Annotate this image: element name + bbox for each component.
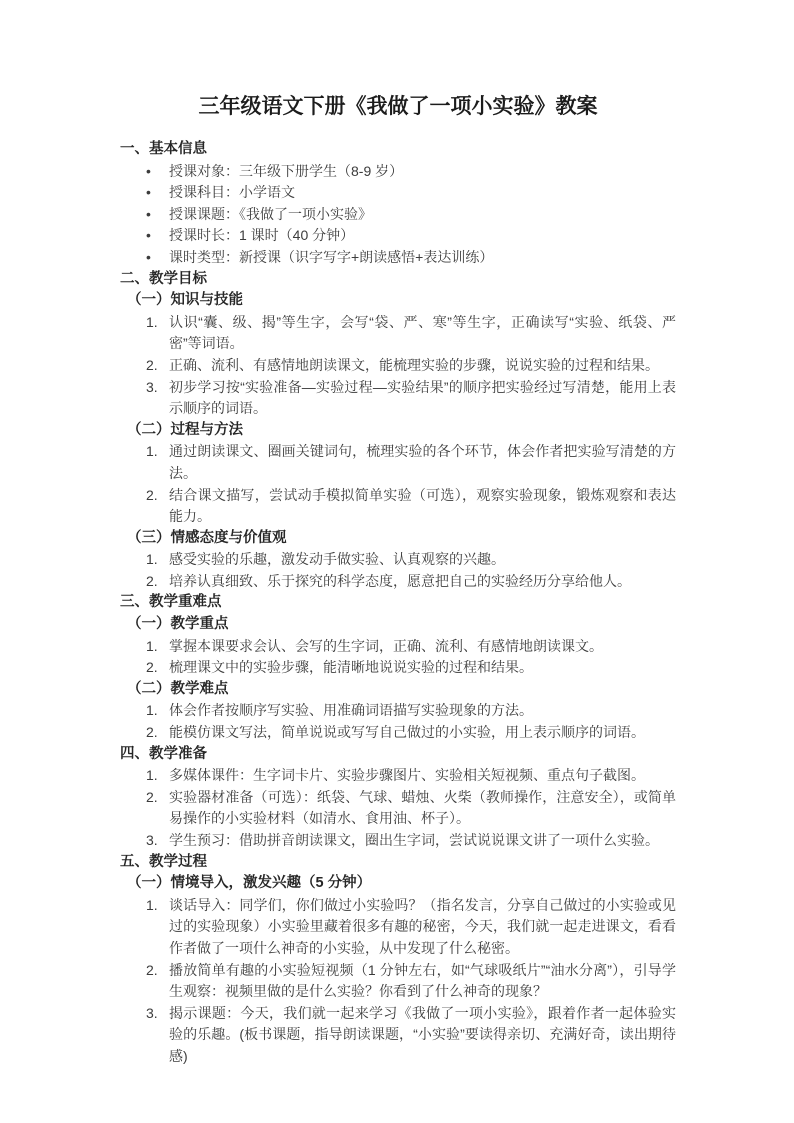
bullet-icon — [146, 161, 169, 183]
item-number-marker — [146, 355, 169, 377]
bullet-item-text: 授课课题：《我做了一项小实验》 — [169, 204, 676, 226]
numbered-item-text: 实验器材准备（可选）：纸袋、气球、蜡烛、火柴（教师操作，注意安全），或简单易操作… — [169, 787, 676, 830]
bullet-item-text: 授课科目：小学语文 — [169, 182, 676, 204]
numbered-item-text: 掌握本课要求会认、会写的生字词，正确、流利、有感情地朗读课文。 — [169, 636, 676, 658]
basic-info-list: 授课对象：三年级下册学生（8-9 岁） 授课科目：小学语文 授课课题：《我做了一… — [120, 161, 676, 269]
item-number-marker — [146, 377, 169, 399]
numbered-list: 谈话导入：同学们，你们做过小实验吗？（指名发言，分享自己做过的小实验或见过的实验… — [120, 895, 676, 1068]
numbered-item-text: 体会作者按顺序写实验、用准确词语描写实验现象的方法。 — [169, 700, 676, 722]
item-number-marker — [146, 1003, 169, 1025]
section-heading-basic-info: 一、基本信息 — [120, 139, 676, 161]
item-number-marker — [146, 485, 169, 507]
list-item: 实验器材准备（可选）：纸袋、气球、蜡烛、火柴（教师操作，注意安全），或简单易操作… — [120, 787, 676, 830]
bullet-icon — [146, 225, 169, 247]
item-number-marker — [146, 765, 169, 787]
numbered-list: 掌握本课要求会认、会写的生字词，正确、流利、有感情地朗读课文。 梳理课文中的实验… — [120, 636, 676, 679]
list-item: 授课科目：小学语文 — [120, 182, 676, 204]
item-number-marker — [146, 895, 169, 917]
numbered-item-text: 谈话导入：同学们，你们做过小实验吗？（指名发言，分享自己做过的小实验或见过的实验… — [169, 895, 676, 960]
list-item: 揭示课题：今天，我们就一起来学习《我做了一项小实验》，跟着作者一起体验实验的乐趣… — [120, 1003, 676, 1068]
numbered-item-text: 播放简单有趣的小实验短视频（1 分钟左右，如“气球吸纸片”“油水分离”），引导学… — [169, 960, 676, 1003]
list-item: 初步学习按“实验准备—实验过程—实验结果”的顺序把实验经过写清楚，能用上表示顺序… — [120, 377, 676, 420]
list-item: 谈话导入：同学们，你们做过小实验吗？（指名发言，分享自己做过的小实验或见过的实验… — [120, 895, 676, 960]
section-heading-key-difficult-points: 三、教学重难点 — [120, 592, 676, 614]
section-heading-teaching-preparation: 四、教学准备 — [120, 744, 676, 766]
numbered-item-text: 结合课文描写，尝试动手模拟简单实验（可选），观察实验现象，锻炼观察和表达能力。 — [169, 485, 676, 528]
list-item: 授课课题：《我做了一项小实验》 — [120, 204, 676, 226]
item-number-marker — [146, 787, 169, 809]
subsection-heading-process-methods: （二）过程与方法 — [127, 420, 676, 442]
list-item: 授课时长：1 课时（40 分钟） — [120, 225, 676, 247]
page-title: 三年级语文下册《我做了一项小实验》教案 — [120, 90, 676, 123]
numbered-item-text: 多媒体课件：生字词卡片、实验步骤图片、实验相关短视频、重点句子截图。 — [169, 765, 676, 787]
item-number-marker — [146, 700, 169, 722]
section-heading-teaching-process: 五、教学过程 — [120, 852, 676, 874]
list-item: 感受实验的乐趣，激发动手做实验、认真观察的兴趣。 — [120, 549, 676, 571]
bullet-item-text: 授课对象：三年级下册学生（8-9 岁） — [169, 161, 676, 183]
numbered-item-text: 感受实验的乐趣，激发动手做实验、认真观察的兴趣。 — [169, 549, 676, 571]
list-item: 通过朗读课文、圈画关键词句，梳理实验的各个环节，体会作者把实验写清楚的方法。 — [120, 441, 676, 484]
item-number-marker — [146, 441, 169, 463]
list-item: 体会作者按顺序写实验、用准确词语描写实验现象的方法。 — [120, 700, 676, 722]
list-item: 播放简单有趣的小实验短视频（1 分钟左右，如“气球吸纸片”“油水分离”），引导学… — [120, 960, 676, 1003]
list-item: 学生预习：借助拼音朗读课文，圈出生字词，尝试说说课文讲了一项什么实验。 — [120, 830, 676, 852]
numbered-item-text: 能模仿课文写法，简单说说或写写自己做过的小实验，用上表示顺序的词语。 — [169, 722, 676, 744]
list-item: 授课对象：三年级下册学生（8-9 岁） — [120, 161, 676, 183]
numbered-list: 通过朗读课文、圈画关键词句，梳理实验的各个环节，体会作者把实验写清楚的方法。 结… — [120, 441, 676, 527]
numbered-list: 多媒体课件：生字词卡片、实验步骤图片、实验相关短视频、重点句子截图。 实验器材准… — [120, 765, 676, 851]
subsection-heading-situational-introduction: （一）情境导入，激发兴趣（5 分钟） — [127, 873, 676, 895]
bullet-item-text: 授课时长：1 课时（40 分钟） — [169, 225, 676, 247]
item-number-marker — [146, 312, 169, 334]
item-number-marker — [146, 657, 169, 679]
numbered-list: 体会作者按顺序写实验、用准确词语描写实验现象的方法。 能模仿课文写法，简单说说或… — [120, 700, 676, 743]
numbered-item-text: 正确、流利、有感情地朗读课文，能梳理实验的步骤，说说实验的过程和结果。 — [169, 355, 676, 377]
subsection-heading-difficult-points: （二）教学难点 — [127, 679, 676, 701]
list-item: 认识“囊、级、揭”等生字，会写“袋、严、寒”等生字，正确读写“实验、纸袋、严密”… — [120, 312, 676, 355]
item-number-marker — [146, 571, 169, 593]
numbered-list: 认识“囊、级、揭”等生字，会写“袋、严、寒”等生字，正确读写“实验、纸袋、严密”… — [120, 312, 676, 420]
list-item: 能模仿课文写法，简单说说或写写自己做过的小实验，用上表示顺序的词语。 — [120, 722, 676, 744]
list-item: 培养认真细致、乐于探究的科学态度，愿意把自己的实验经历分享给他人。 — [120, 571, 676, 593]
subsection-heading-key-points: （一）教学重点 — [127, 614, 676, 636]
section-heading-teaching-goals: 二、教学目标 — [120, 269, 676, 291]
list-item: 多媒体课件：生字词卡片、实验步骤图片、实验相关短视频、重点句子截图。 — [120, 765, 676, 787]
subsection-heading-values: （三）情感态度与价值观 — [127, 528, 676, 550]
numbered-item-text: 初步学习按“实验准备—实验过程—实验结果”的顺序把实验经过写清楚，能用上表示顺序… — [169, 377, 676, 420]
item-number-marker — [146, 549, 169, 571]
document-page: 三年级语文下册《我做了一项小实验》教案 一、基本信息 授课对象：三年级下册学生（… — [0, 0, 794, 1123]
list-item: 梳理课文中的实验步骤，能清晰地说说实验的过程和结果。 — [120, 657, 676, 679]
list-item: 结合课文描写，尝试动手模拟简单实验（可选），观察实验现象，锻炼观察和表达能力。 — [120, 485, 676, 528]
numbered-item-text: 学生预习：借助拼音朗读课文，圈出生字词，尝试说说课文讲了一项什么实验。 — [169, 830, 676, 852]
subsection-heading-knowledge-skills: （一）知识与技能 — [127, 290, 676, 312]
item-number-marker — [146, 636, 169, 658]
item-number-marker — [146, 722, 169, 744]
numbered-item-text: 通过朗读课文、圈画关键词句，梳理实验的各个环节，体会作者把实验写清楚的方法。 — [169, 441, 676, 484]
bullet-item-text: 课时类型：新授课（识字写字+朗读感悟+表达训练） — [169, 247, 676, 269]
item-number-marker — [146, 960, 169, 982]
numbered-item-text: 梳理课文中的实验步骤，能清晰地说说实验的过程和结果。 — [169, 657, 676, 679]
list-item: 课时类型：新授课（识字写字+朗读感悟+表达训练） — [120, 247, 676, 269]
list-item: 掌握本课要求会认、会写的生字词，正确、流利、有感情地朗读课文。 — [120, 636, 676, 658]
item-number-marker — [146, 830, 169, 852]
numbered-list: 感受实验的乐趣，激发动手做实验、认真观察的兴趣。 培养认真细致、乐于探究的科学态… — [120, 549, 676, 592]
numbered-item-text: 培养认真细致、乐于探究的科学态度，愿意把自己的实验经历分享给他人。 — [169, 571, 676, 593]
numbered-item-text: 揭示课题：今天，我们就一起来学习《我做了一项小实验》，跟着作者一起体验实验的乐趣… — [169, 1003, 676, 1068]
list-item: 正确、流利、有感情地朗读课文，能梳理实验的步骤，说说实验的过程和结果。 — [120, 355, 676, 377]
numbered-item-text: 认识“囊、级、揭”等生字，会写“袋、严、寒”等生字，正确读写“实验、纸袋、严密”… — [169, 312, 676, 355]
bullet-icon — [146, 247, 169, 269]
bullet-icon — [146, 204, 169, 226]
bullet-icon — [146, 182, 169, 204]
